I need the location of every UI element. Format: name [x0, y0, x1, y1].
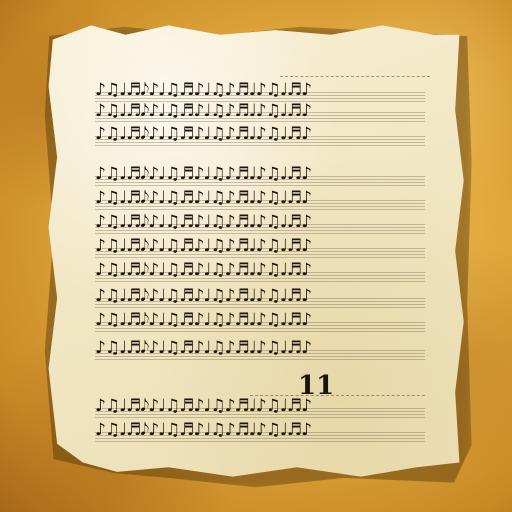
- notes-row-9: ♪♫♩♬𝅘𝅥𝅮♪♩♫♬♪♩♫♪♬♩♪♫♩♬♪: [95, 286, 425, 306]
- notes-row-10: ♪♫♩♬𝅘𝅥𝅮♪♩♫♬♪♩♫♪♬♩♪♫♩♬♪: [95, 310, 425, 330]
- notes-row-7: ♪♫♩♬𝅘𝅥𝅮♪♩♫♬♪♩♫♪♬♩♪♫♩♬♪: [95, 236, 425, 256]
- notes-row-13: ♪♫♩♬𝅘𝅥𝅮♪♩♫♬♪♩♫♪♬♩♪♫♩♬♪: [95, 420, 425, 440]
- notes-row-4: ♪♫♩♬𝅘𝅥𝅮♪♩♫♬♪♩♫♪♬♩♪♫♩♬♪: [95, 164, 425, 184]
- header-dashed-line: [280, 76, 430, 77]
- notes-row-3: ♪♫♩♬𝅘𝅥𝅮♪♩♫♬♪♩♫♪♬♩♪♫♩♬♪: [95, 124, 425, 144]
- measure-number: 11: [298, 371, 334, 401]
- notes-row-2: ♪♫♩♬𝅘𝅥𝅮♪♩♫♬♪♩♫♪♬♩♪♫♩♬♪: [95, 101, 425, 121]
- notes-row-8: ♪♫♩♬𝅘𝅥𝅮♪♩♫♬♪♩♫♪♬♩♪♫♩♬♪: [95, 260, 425, 280]
- notes-row-6: ♪♫♩♬𝅘𝅥𝅮♪♩♫♬♪♩♫♪♬♩♪♫♩♬♪: [95, 212, 425, 232]
- notes-row-12: ♪♫♩♬𝅘𝅥𝅮♪♩♫♬♪♩♫♪♬♩♪♫♩♬♪: [95, 396, 425, 416]
- notes-row-5: ♪♫♩♬𝅘𝅥𝅮♪♩♫♬♪♩♫♪♬♩♪♫♩♬♪: [95, 188, 425, 208]
- notes-row-1: ♪♫♩♬𝅘𝅥𝅮♪♩♫♬♪♩♫♪♬♩♪♫♩♬♪: [95, 80, 425, 100]
- notes-row-11: ♪♫♩♬𝅘𝅥𝅮♪♩♫♬♪♩♫♪♬♩♪♫♩♬♪: [95, 338, 425, 358]
